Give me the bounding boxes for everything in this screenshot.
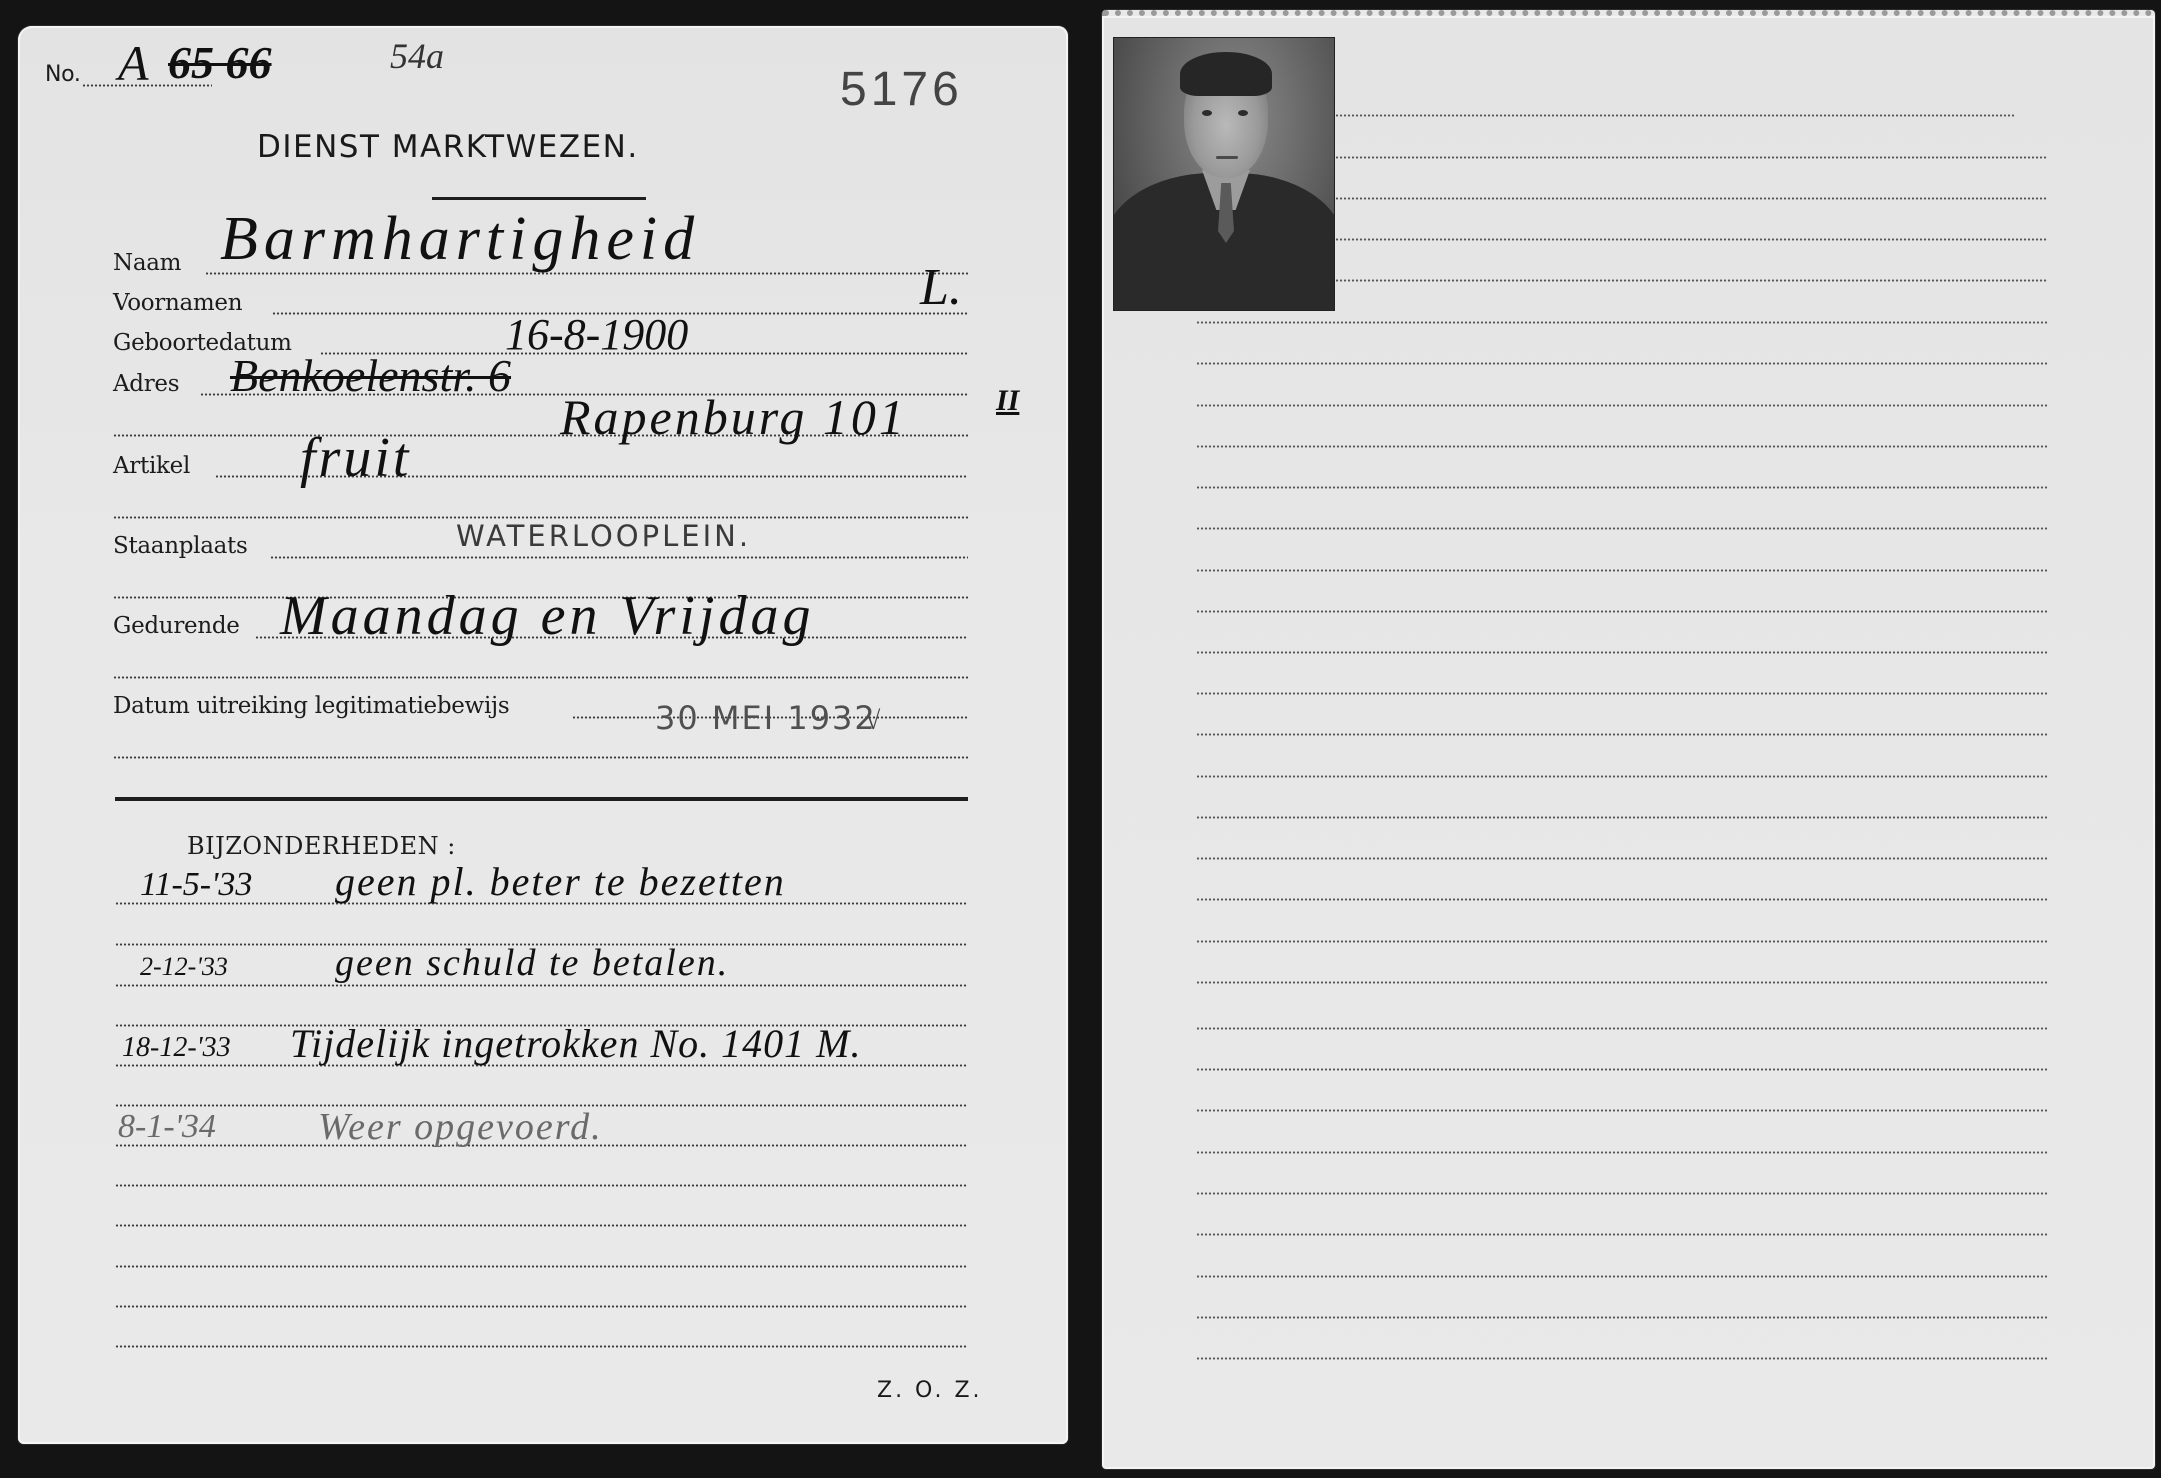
notes-line: [115, 1224, 968, 1227]
title-underline: [432, 197, 646, 200]
notes-line: [115, 1184, 968, 1187]
back-ruled-line: [1196, 527, 2048, 530]
notes-line: [115, 1265, 968, 1268]
back-ruled-line: [1196, 1109, 2048, 1112]
staanplaats-label: Staanplaats: [113, 535, 248, 558]
zoz-footer: Z. O. Z.: [877, 1380, 983, 1402]
artikel-value: fruit: [300, 430, 411, 486]
number-prefix: A: [118, 38, 149, 88]
back-ruled-line: [1335, 279, 2048, 282]
staanplaats-line: [270, 556, 968, 559]
back-ruled-line: [1196, 486, 2048, 489]
gedurende-value: Maandag en Vrijdag: [280, 588, 814, 644]
portrait-photo: [1113, 37, 1335, 311]
notes-entry-date: 2-12-'33: [140, 954, 228, 980]
file-number: 5176: [840, 66, 963, 114]
notes-entry-date: 11-5-'33: [140, 868, 252, 902]
notes-line: [115, 1345, 968, 1348]
number-struck: 65 66: [168, 40, 272, 86]
notes-entry-text: geen pl. beter te bezetten: [335, 862, 786, 902]
back-ruled-line: [1335, 114, 2015, 117]
voornamen-value: L.: [920, 262, 962, 314]
photo-eye-shape: [1238, 110, 1248, 116]
page-title: DIENST MARKTWEZEN.: [257, 132, 639, 163]
notes-entry-text: geen schuld te betalen.: [335, 944, 729, 982]
back-ruled-line: [1335, 156, 2048, 159]
back-ruled-line: [1196, 1357, 2048, 1360]
voornamen-label: Voornamen: [113, 292, 242, 315]
back-ruled-line: [1196, 362, 2048, 365]
notes-line: [115, 1305, 968, 1308]
back-ruled-line: [1335, 238, 2048, 241]
staanplaats-stamp: WATERLOOPLEIN.: [456, 522, 751, 551]
adres-value: Rapenburg 101: [560, 392, 907, 442]
naam-label: Naam: [113, 252, 181, 275]
photo-mouth-shape: [1216, 156, 1238, 159]
notes-line: [115, 984, 968, 987]
back-ruled-line: [1196, 1192, 2048, 1195]
back-ruled-line: [1196, 981, 2048, 984]
back-ruled-line: [1196, 404, 2048, 407]
check-mark: √: [866, 708, 880, 734]
datum-uitreiking-stamp: 30 MEI 1932: [655, 702, 877, 734]
number-value: 54a: [390, 38, 444, 74]
back-ruled-line: [1196, 1027, 2048, 1030]
back-ruled-line: [1196, 610, 2048, 613]
back-ruled-line: [1196, 775, 2048, 778]
naam-value: Barmhartigheid: [220, 208, 700, 270]
back-ruled-line: [1335, 197, 2048, 200]
section-divider: [115, 797, 968, 801]
geboortedatum-value: 16-8-1900: [505, 313, 688, 357]
notes-entry-date: 8-1-'34: [118, 1110, 216, 1144]
back-ruled-line: [1196, 321, 2048, 324]
gedurende-label: Gedurende: [113, 615, 240, 638]
back-ruled-line: [1196, 1316, 2048, 1319]
gedurende-line-2: [113, 676, 968, 679]
datum-line-2: [113, 756, 968, 759]
notes-entry-text: Weer opgevoerd.: [318, 1108, 603, 1146]
back-ruled-line: [1196, 733, 2048, 736]
adres-old-value: Benkoelenstr. 6: [230, 353, 511, 399]
photo-hair-shape: [1180, 52, 1272, 96]
artikel-label: Artikel: [113, 455, 190, 478]
adres-label: Adres: [113, 373, 179, 396]
back-ruled-line: [1196, 857, 2048, 860]
back-ruled-line: [1196, 940, 2048, 943]
back-ruled-line: [1196, 816, 2048, 819]
back-ruled-line: [1196, 1151, 2048, 1154]
bijzonderheden-heading: BIJZONDERHEDEN :: [187, 834, 456, 858]
back-ruled-line: [1196, 445, 2048, 448]
notes-entry-date: 18-12-'33: [122, 1034, 231, 1062]
datum-uitreiking-label: Datum uitreiking legitimatiebewijs: [113, 695, 509, 718]
back-ruled-line: [1196, 1275, 2048, 1278]
number-label: No.: [45, 64, 81, 86]
back-ruled-line: [1196, 898, 2048, 901]
adres-floor: II: [996, 386, 1019, 416]
back-ruled-line: [1196, 692, 2048, 695]
back-ruled-line: [1196, 1233, 2048, 1236]
back-ruled-line: [1196, 1068, 2048, 1071]
back-ruled-line: [1196, 651, 2048, 654]
notes-entry-text: Tijdelijk ingetrokken No. 1401 M.: [290, 1024, 861, 1064]
photo-eye-shape: [1202, 110, 1212, 116]
back-ruled-line: [1196, 569, 2048, 572]
